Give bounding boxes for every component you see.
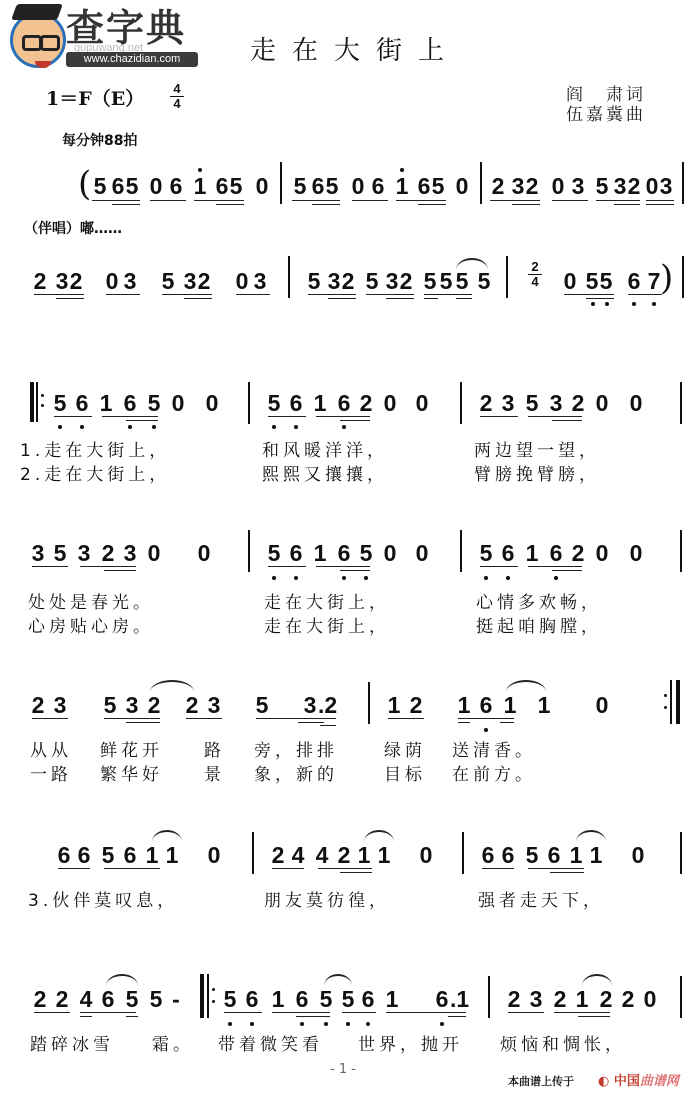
- tempo-marking: 每分钟88拍: [62, 130, 137, 150]
- note: 3: [500, 390, 516, 416]
- note: 5: [222, 986, 238, 1012]
- note: 0: [350, 173, 366, 199]
- barline: [252, 832, 254, 874]
- lyric-v2-p4: 象，新的: [254, 760, 338, 785]
- note: 3: [658, 173, 674, 199]
- note: 3: [52, 692, 68, 718]
- barline: [248, 382, 250, 424]
- barline: [368, 682, 370, 724]
- note: 3: [76, 540, 92, 566]
- note: 5: [318, 986, 334, 1012]
- barline: [480, 162, 482, 204]
- site-name-a: 中国: [614, 1074, 640, 1089]
- lyric-v2-p2: 繁华好: [100, 760, 163, 785]
- note: 0: [234, 268, 250, 294]
- note: 3: [30, 540, 46, 566]
- note: 2: [478, 390, 494, 416]
- note: 6: [548, 540, 564, 566]
- note: 5: [340, 986, 356, 1012]
- note: 6: [336, 540, 352, 566]
- note: 2: [340, 268, 356, 294]
- note: 5: [358, 540, 374, 566]
- note: 1: [536, 692, 552, 718]
- note: 5: [422, 268, 438, 294]
- lyric-v1-p6: 送清香。: [452, 736, 536, 761]
- lyric-p5: 烦恼和惆怅，: [500, 1030, 626, 1055]
- low-octave-dot: [591, 302, 595, 306]
- note: 2: [54, 986, 70, 1012]
- note: 6: [56, 842, 72, 868]
- note: 2: [490, 173, 506, 199]
- time-sig-top: 4: [173, 81, 180, 96]
- barline: [506, 256, 508, 298]
- note: 3: [528, 986, 544, 1012]
- note: 6: [478, 692, 494, 718]
- note: 6: [434, 986, 450, 1012]
- note: 5: [292, 173, 308, 199]
- tie-arc: [576, 830, 606, 842]
- note: 0: [594, 692, 610, 718]
- lyric-v3-m2: 朋友莫彷徨，: [264, 886, 390, 911]
- lyric-v2-p6: 在前方。: [452, 760, 536, 785]
- barline: [288, 256, 290, 298]
- note: 2: [506, 986, 522, 1012]
- barline: [488, 976, 490, 1018]
- note: 1: [356, 842, 372, 868]
- note: 5: [254, 692, 270, 718]
- note: 0: [148, 173, 164, 199]
- note: 6: [74, 390, 90, 416]
- note: 4: [78, 986, 94, 1012]
- site-logo[interactable]: 查字典 qupuwang.net www.chazidian.com: [4, 2, 200, 72]
- note: 3: [122, 268, 138, 294]
- note: 0: [414, 390, 430, 416]
- close-paren: ): [660, 258, 673, 298]
- note: 6: [288, 540, 304, 566]
- lyric-v2-m2: 走在大街上，: [264, 612, 390, 637]
- repeat-dot: [41, 404, 44, 407]
- note: 1: [164, 842, 180, 868]
- note: 1: [524, 540, 540, 566]
- note: 3: [548, 390, 564, 416]
- barline: [680, 976, 682, 1018]
- note: 5: [478, 540, 494, 566]
- lyric-v1-m2: 走在大街上，: [264, 588, 390, 613]
- song-title: 走在大街上: [250, 30, 460, 67]
- lyric-v1-m3: 心情多欢畅，: [476, 588, 602, 613]
- low-octave-dot: [632, 302, 636, 306]
- note: -: [168, 986, 184, 1012]
- low-octave-dot: [605, 302, 609, 306]
- barline: [462, 832, 464, 874]
- note: 2: [30, 692, 46, 718]
- note: 0: [382, 390, 398, 416]
- note: 5: [266, 390, 282, 416]
- note: 2: [184, 692, 200, 718]
- note: 6: [244, 986, 260, 1012]
- note: 2: [626, 173, 642, 199]
- repeat-end-thick-bar: [676, 680, 680, 724]
- lyric-v2-m3: 挺起咱胸膛，: [476, 612, 602, 637]
- note: 1: [456, 692, 472, 718]
- lyric-v3-m1: 3.伙伴莫叹息，: [28, 886, 178, 911]
- time-change-top: 2: [531, 259, 538, 274]
- time-sig-bottom: 4: [173, 96, 180, 111]
- note: 2: [270, 842, 286, 868]
- repeat-dot: [664, 706, 667, 709]
- note: 2: [336, 842, 352, 868]
- lyric-v1-m3: 两边望一望，: [474, 436, 600, 461]
- note: 0: [550, 173, 566, 199]
- time-change-bottom: 4: [531, 274, 538, 289]
- lyric-v1-p2: 鲜花开: [100, 736, 163, 761]
- lyric-v2-m2: 熙熙又攘攘，: [262, 460, 388, 485]
- note: 0: [628, 390, 644, 416]
- note: 1: [502, 692, 518, 718]
- note: 0: [146, 540, 162, 566]
- note: 0: [454, 173, 470, 199]
- barline: [460, 530, 462, 572]
- barline: [248, 530, 250, 572]
- note: 5: [266, 540, 282, 566]
- lyric-v2-p1: 一路: [30, 760, 72, 785]
- note: 1: [394, 173, 410, 199]
- tie-arc: [324, 974, 352, 986]
- note: 5: [476, 268, 492, 294]
- tie-arc: [364, 830, 394, 842]
- note: 6: [294, 986, 310, 1012]
- note: 3: [570, 173, 586, 199]
- note: 6: [480, 842, 496, 868]
- note: 1: [574, 986, 590, 1012]
- tie-arc: [106, 974, 138, 986]
- lyric-v1-m1: 1.走在大街上，: [20, 436, 170, 461]
- tie-arc: [456, 258, 488, 270]
- note: 6: [360, 986, 376, 1012]
- barline: [280, 162, 282, 204]
- note: 5: [92, 173, 108, 199]
- note: 0: [382, 540, 398, 566]
- repeat-end-thin-bar: [670, 680, 672, 724]
- note: 0: [628, 540, 644, 566]
- note: 2: [552, 986, 568, 1012]
- note: 0: [254, 173, 270, 199]
- note: 6: [500, 842, 516, 868]
- note: 5: [306, 268, 322, 294]
- key-signature: 1＝F（E）: [46, 84, 144, 111]
- note: 1: [98, 390, 114, 416]
- note: 6: [122, 390, 138, 416]
- cartoon-student-icon: [10, 12, 66, 68]
- composer-credit: 伍嘉冀曲: [566, 100, 646, 125]
- tie-arc: [150, 680, 194, 692]
- note: 3: [252, 268, 268, 294]
- high-octave-dot: [198, 168, 202, 172]
- barline: [682, 256, 684, 298]
- lyric-v2-m1: 2.走在大街上，: [20, 460, 170, 485]
- note: 4: [290, 842, 306, 868]
- note: 3: [302, 692, 318, 718]
- note: 1: [376, 842, 392, 868]
- note: 5: [598, 268, 614, 294]
- note: 1: [192, 173, 208, 199]
- note: 0: [418, 842, 434, 868]
- note: 5: [454, 268, 470, 294]
- repeat-start-thin-bar: [36, 382, 38, 422]
- note: 0: [170, 390, 186, 416]
- high-octave-dot: [400, 168, 404, 172]
- repeat-dot: [41, 394, 44, 397]
- note: 5: [524, 842, 540, 868]
- note: 5: [594, 173, 610, 199]
- note: 0: [414, 540, 430, 566]
- note: 6: [370, 173, 386, 199]
- note: 1: [588, 842, 604, 868]
- lyric-v2-p3: 景: [204, 760, 225, 785]
- note: 2: [100, 540, 116, 566]
- barline: [680, 530, 682, 572]
- note: 5: [124, 173, 140, 199]
- lyric-v1-p4: 旁，排排: [254, 736, 338, 761]
- note: 1: [386, 692, 402, 718]
- note: 2: [598, 986, 614, 1012]
- barline: [680, 382, 682, 424]
- note: 3: [122, 540, 138, 566]
- note: 0: [630, 842, 646, 868]
- note: 4: [314, 842, 330, 868]
- note: 6: [168, 173, 184, 199]
- note: 6: [546, 842, 562, 868]
- time-signature-change: 2 4: [528, 261, 542, 288]
- note: .2: [318, 692, 334, 718]
- lyric-v1-p3: 路: [204, 736, 225, 761]
- repeat-start-thick-bar: [200, 974, 204, 1018]
- lyric-v2-m3: 臂膀挽臂膀，: [474, 460, 600, 485]
- site-logo-icon: ◐: [598, 1074, 609, 1089]
- note: 5: [438, 268, 454, 294]
- note: 1: [312, 540, 328, 566]
- time-signature: 4 4: [170, 83, 184, 110]
- note: 6: [500, 540, 516, 566]
- note: 1: [568, 842, 584, 868]
- lyric-v1-p1: 从从: [30, 736, 72, 761]
- note: 2: [570, 390, 586, 416]
- note: .1: [450, 986, 466, 1012]
- barline: [682, 162, 684, 204]
- note: 1: [144, 842, 160, 868]
- low-octave-dot: [652, 302, 656, 306]
- note: 2: [408, 692, 424, 718]
- tie-arc: [506, 680, 546, 692]
- lyric-v1-p5: 绿荫: [384, 736, 426, 761]
- note: 5: [146, 390, 162, 416]
- note: 2: [398, 268, 414, 294]
- note: 6: [288, 390, 304, 416]
- note: 0: [594, 390, 610, 416]
- note: 5: [102, 692, 118, 718]
- note: 3: [206, 692, 222, 718]
- note: 2: [68, 268, 84, 294]
- note: 0: [196, 540, 212, 566]
- note: 5: [524, 390, 540, 416]
- note: 5: [430, 173, 446, 199]
- lyric-v2-p5: 目标: [384, 760, 426, 785]
- note: 0: [206, 842, 222, 868]
- site-name-b: 曲谱网: [640, 1074, 679, 1089]
- lyric-p4: 世界，抛开: [358, 1030, 463, 1055]
- note: 1: [312, 390, 328, 416]
- note: 0: [104, 268, 120, 294]
- note: 5: [52, 540, 68, 566]
- note: 6: [76, 842, 92, 868]
- note: 2: [570, 540, 586, 566]
- mouth-shape: [35, 61, 51, 68]
- note: 5: [148, 986, 164, 1012]
- note: 3: [124, 692, 140, 718]
- upload-note: 本曲谱上传于: [508, 1073, 574, 1089]
- page-number: - 1 -: [330, 1062, 356, 1077]
- note: 5: [100, 842, 116, 868]
- note: 1: [384, 986, 400, 1012]
- note: 0: [594, 540, 610, 566]
- note: 6: [336, 390, 352, 416]
- note: 5: [228, 173, 244, 199]
- lyric-v1-m2: 和风暖洋洋，: [262, 436, 388, 461]
- note: 2: [32, 268, 48, 294]
- note: 2: [358, 390, 374, 416]
- lyric-v1-m1: 处处是春光。: [28, 588, 154, 613]
- lyric-p2: 霜。: [152, 1030, 194, 1055]
- note: 2: [524, 173, 540, 199]
- open-paren: (: [78, 164, 91, 204]
- repeat-dot: [664, 694, 667, 697]
- note: 6: [100, 986, 116, 1012]
- note: 0: [204, 390, 220, 416]
- note: 2: [32, 986, 48, 1012]
- lyric-v3-m3: 强者走天下，: [478, 886, 604, 911]
- repeat-dot: [212, 988, 215, 991]
- note: 6: [626, 268, 642, 294]
- barline: [680, 832, 682, 874]
- lyric-p1: 踏碎冰雪: [30, 1030, 114, 1055]
- note: 6: [122, 842, 138, 868]
- barline: [460, 382, 462, 424]
- note: 1: [270, 986, 286, 1012]
- repeat-start-thick-bar: [30, 382, 34, 422]
- repeat-dot: [212, 1000, 215, 1003]
- note: 5: [324, 173, 340, 199]
- note: 5: [364, 268, 380, 294]
- source-site-link[interactable]: ◐ 中国曲谱网: [598, 1070, 679, 1089]
- note: 0: [642, 986, 658, 1012]
- note: 5: [124, 986, 140, 1012]
- note: 5: [52, 390, 68, 416]
- note: 0: [562, 268, 578, 294]
- graduation-cap-icon: [11, 4, 63, 20]
- note: 2: [146, 692, 162, 718]
- repeat-start-thin-bar: [207, 974, 209, 1018]
- tie-arc: [582, 974, 612, 986]
- tie-arc: [152, 830, 182, 842]
- logo-url: www.chazidian.com: [66, 52, 198, 67]
- lyric-v2-m1: 心房贴心房。: [28, 612, 154, 637]
- accompaniment-label: （伴唱）嘟……: [24, 218, 122, 238]
- note: 5: [160, 268, 176, 294]
- lyric-p3: 带着微笑看: [218, 1030, 323, 1055]
- note: 2: [620, 986, 636, 1012]
- note: 2: [196, 268, 212, 294]
